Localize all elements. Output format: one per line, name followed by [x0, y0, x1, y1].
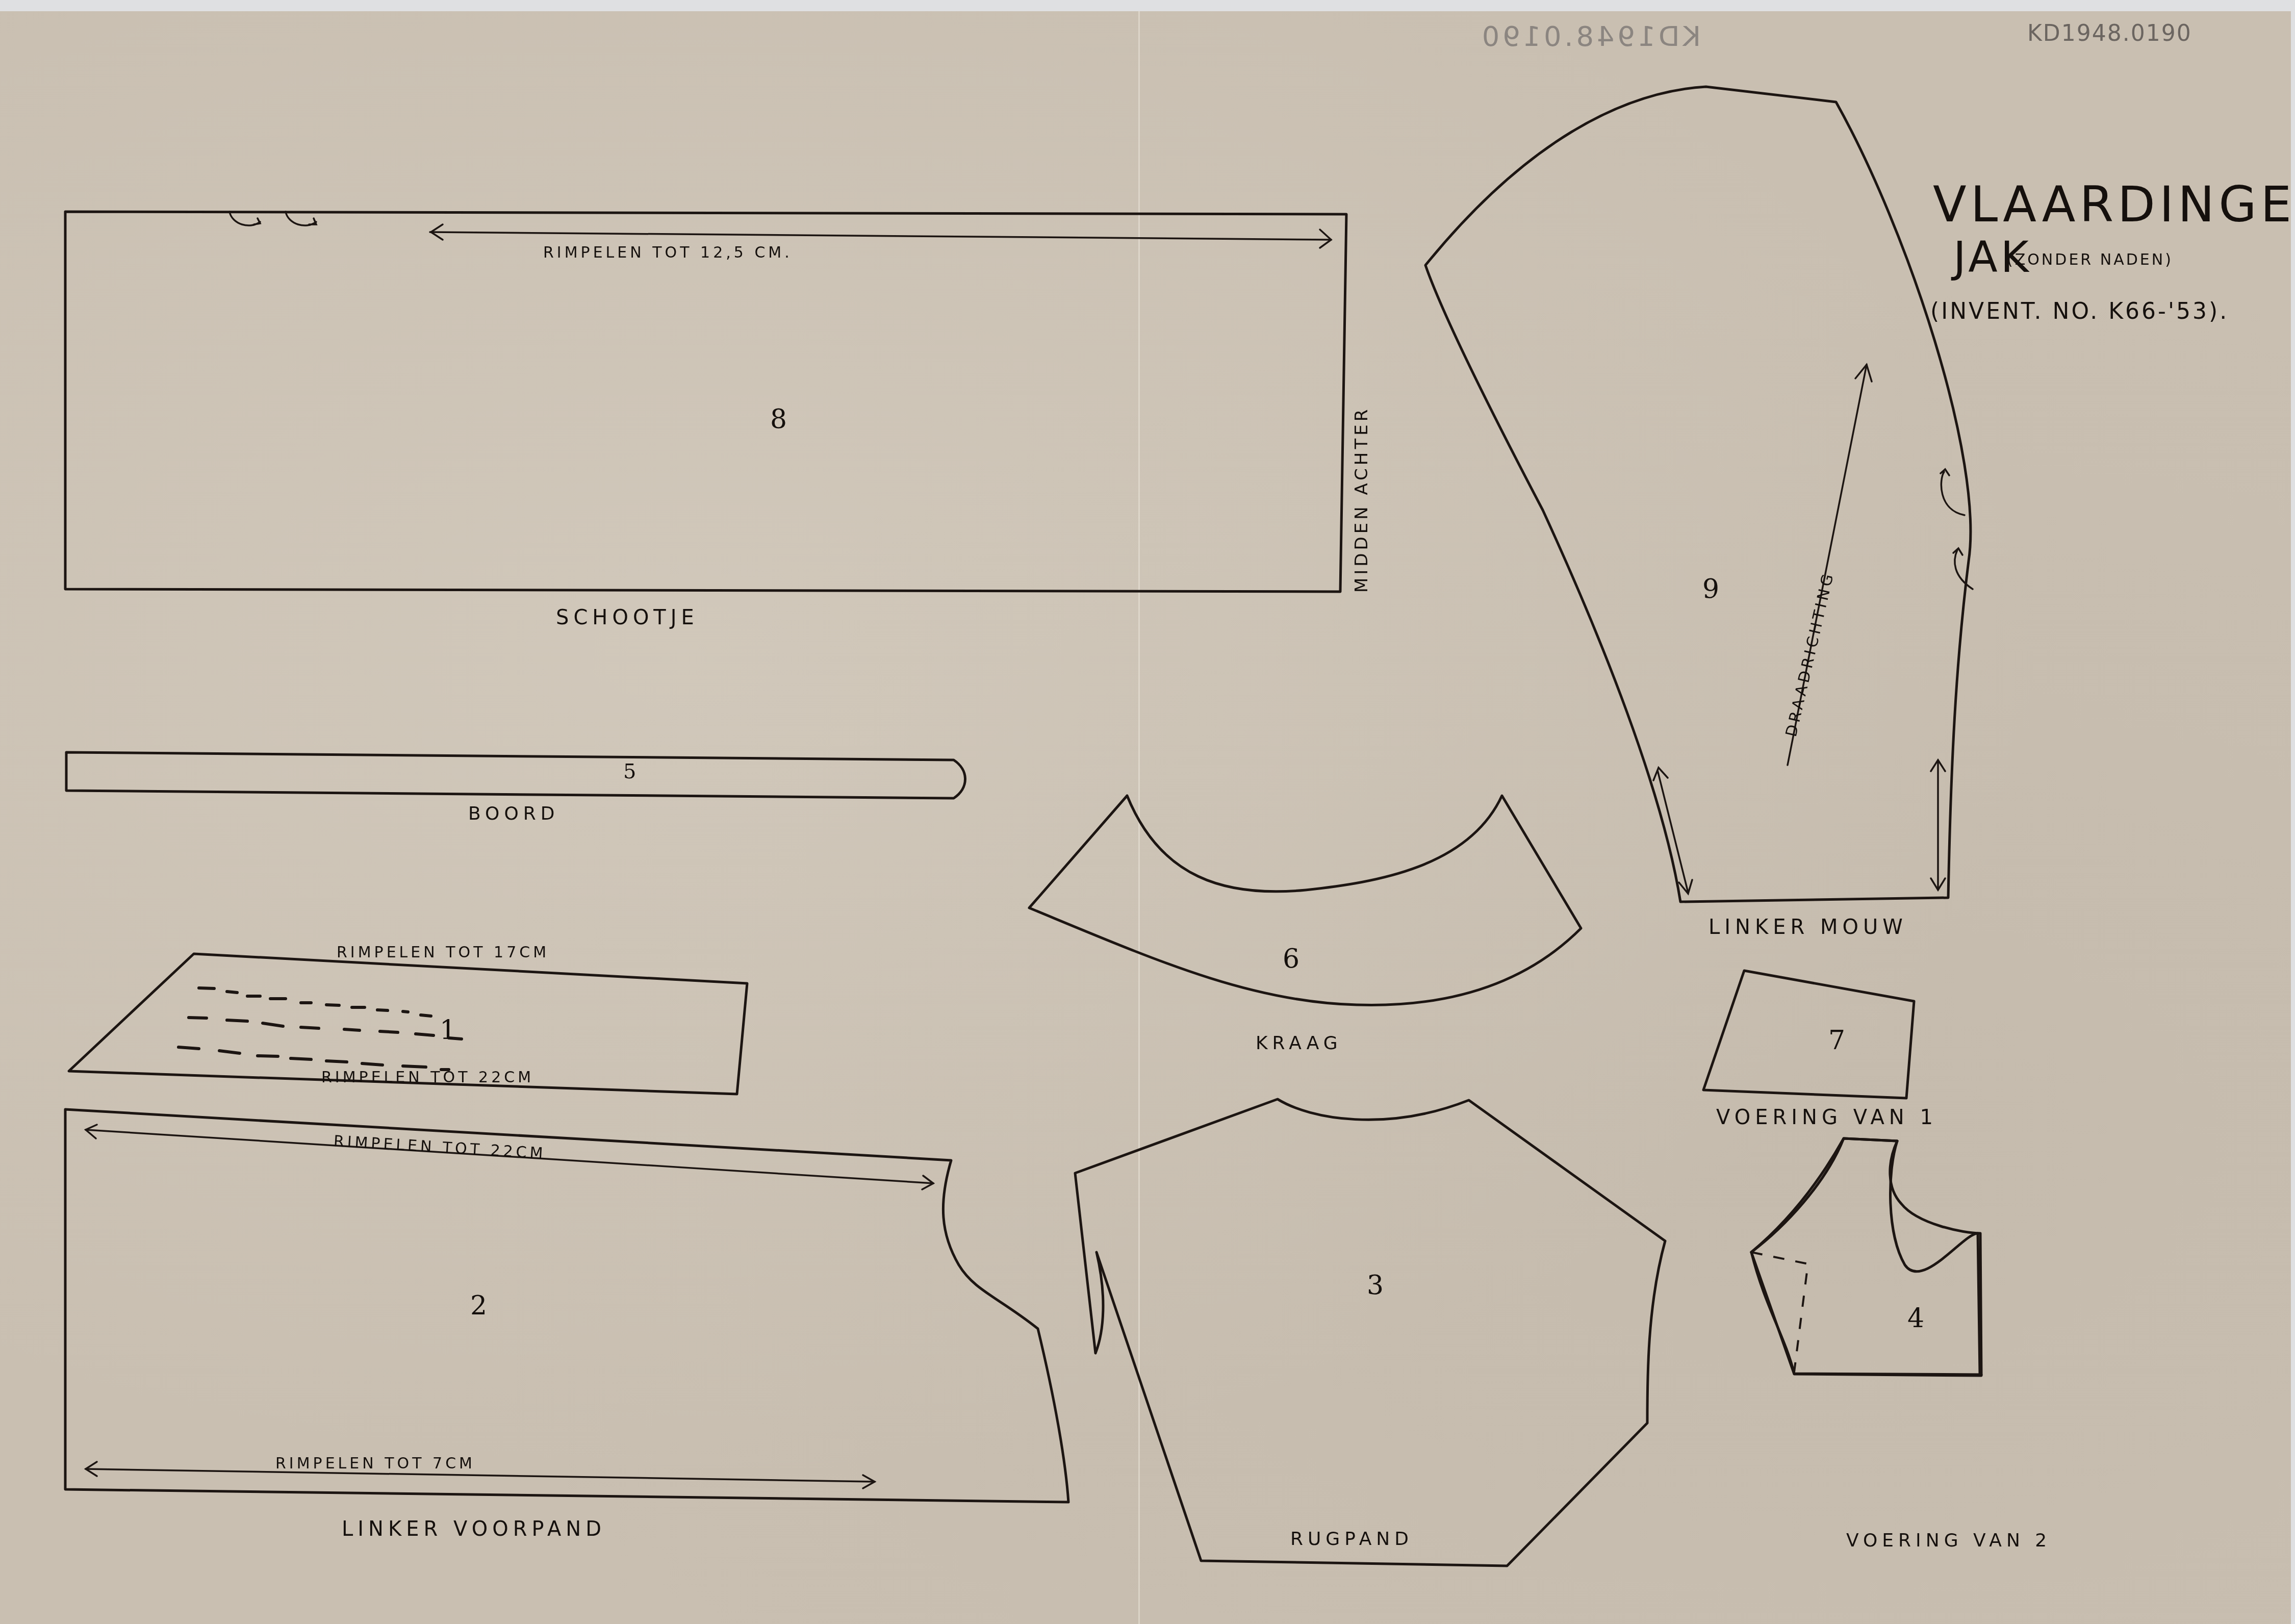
piece-8-center-back-note: MIDDEN ACHTER — [1351, 407, 1372, 593]
piece-5-number: 5 — [623, 760, 636, 783]
mirrored-pencil-note: KD1948.0190 — [1479, 20, 1701, 53]
piece-5-name: BOORD — [468, 803, 559, 824]
title-inventory-number: (INVENT. NO. K66-'53). — [1930, 298, 2229, 324]
piece-7-name: VOERING VAN 1 — [1716, 1106, 1937, 1129]
piece-3-name: RUGPAND — [1290, 1529, 1413, 1550]
piece-3-rugpand-outline — [1075, 1099, 1665, 1566]
piece-1-number: 1 — [440, 1015, 456, 1046]
piece-2-bottom-gather-note: RIMPELEN TOT 7CM — [275, 1455, 475, 1473]
pattern-drawing — [0, 0, 2295, 1624]
piece-7-number: 7 — [1828, 1025, 1845, 1056]
piece-2-linker-voorpand-outline — [65, 1109, 1068, 1502]
piece-5-boord-outline — [66, 752, 965, 798]
piece-1-top-gather-note: RIMPELEN TOT 17CM — [337, 944, 549, 961]
piece-4-voering-van-2-outline — [1751, 1138, 1981, 1376]
piece-6-kraag-outline — [1029, 796, 1581, 1005]
piece-8-number: 8 — [770, 404, 787, 435]
catalog-number: KD1948.0190 — [2027, 20, 2192, 46]
piece-2-number: 2 — [470, 1290, 487, 1321]
piece-1-bottom-gather-note: RIMPELEN TOT 22CM — [321, 1069, 534, 1086]
piece-4-number: 4 — [1907, 1303, 1924, 1334]
piece-8-gather-note: RIMPELEN TOT 12,5 CM. — [543, 244, 793, 262]
piece-8-schootje-outline — [65, 212, 1346, 592]
piece-7-voering-van-1-outline — [1703, 971, 1914, 1098]
piece-9-name: LINKER MOUW — [1708, 916, 1907, 939]
piece-8-name: SCHOOTJE — [556, 606, 699, 629]
piece-3-number: 3 — [1367, 1270, 1384, 1301]
piece-2-name: LINKER VOORPAND — [342, 1517, 606, 1541]
title-place: VLAARDINGEN — [1933, 176, 2295, 233]
piece-6-number: 6 — [1283, 944, 1299, 974]
piece-9-linker-mouw-outline — [1425, 87, 1973, 902]
piece-6-name: KRAAG — [1256, 1033, 1342, 1054]
piece-9-number: 9 — [1702, 574, 1719, 604]
piece-4-name: VOERING VAN 2 — [1846, 1530, 2051, 1551]
title-garment-note: (ZONDER NADEN) — [2007, 251, 2173, 269]
